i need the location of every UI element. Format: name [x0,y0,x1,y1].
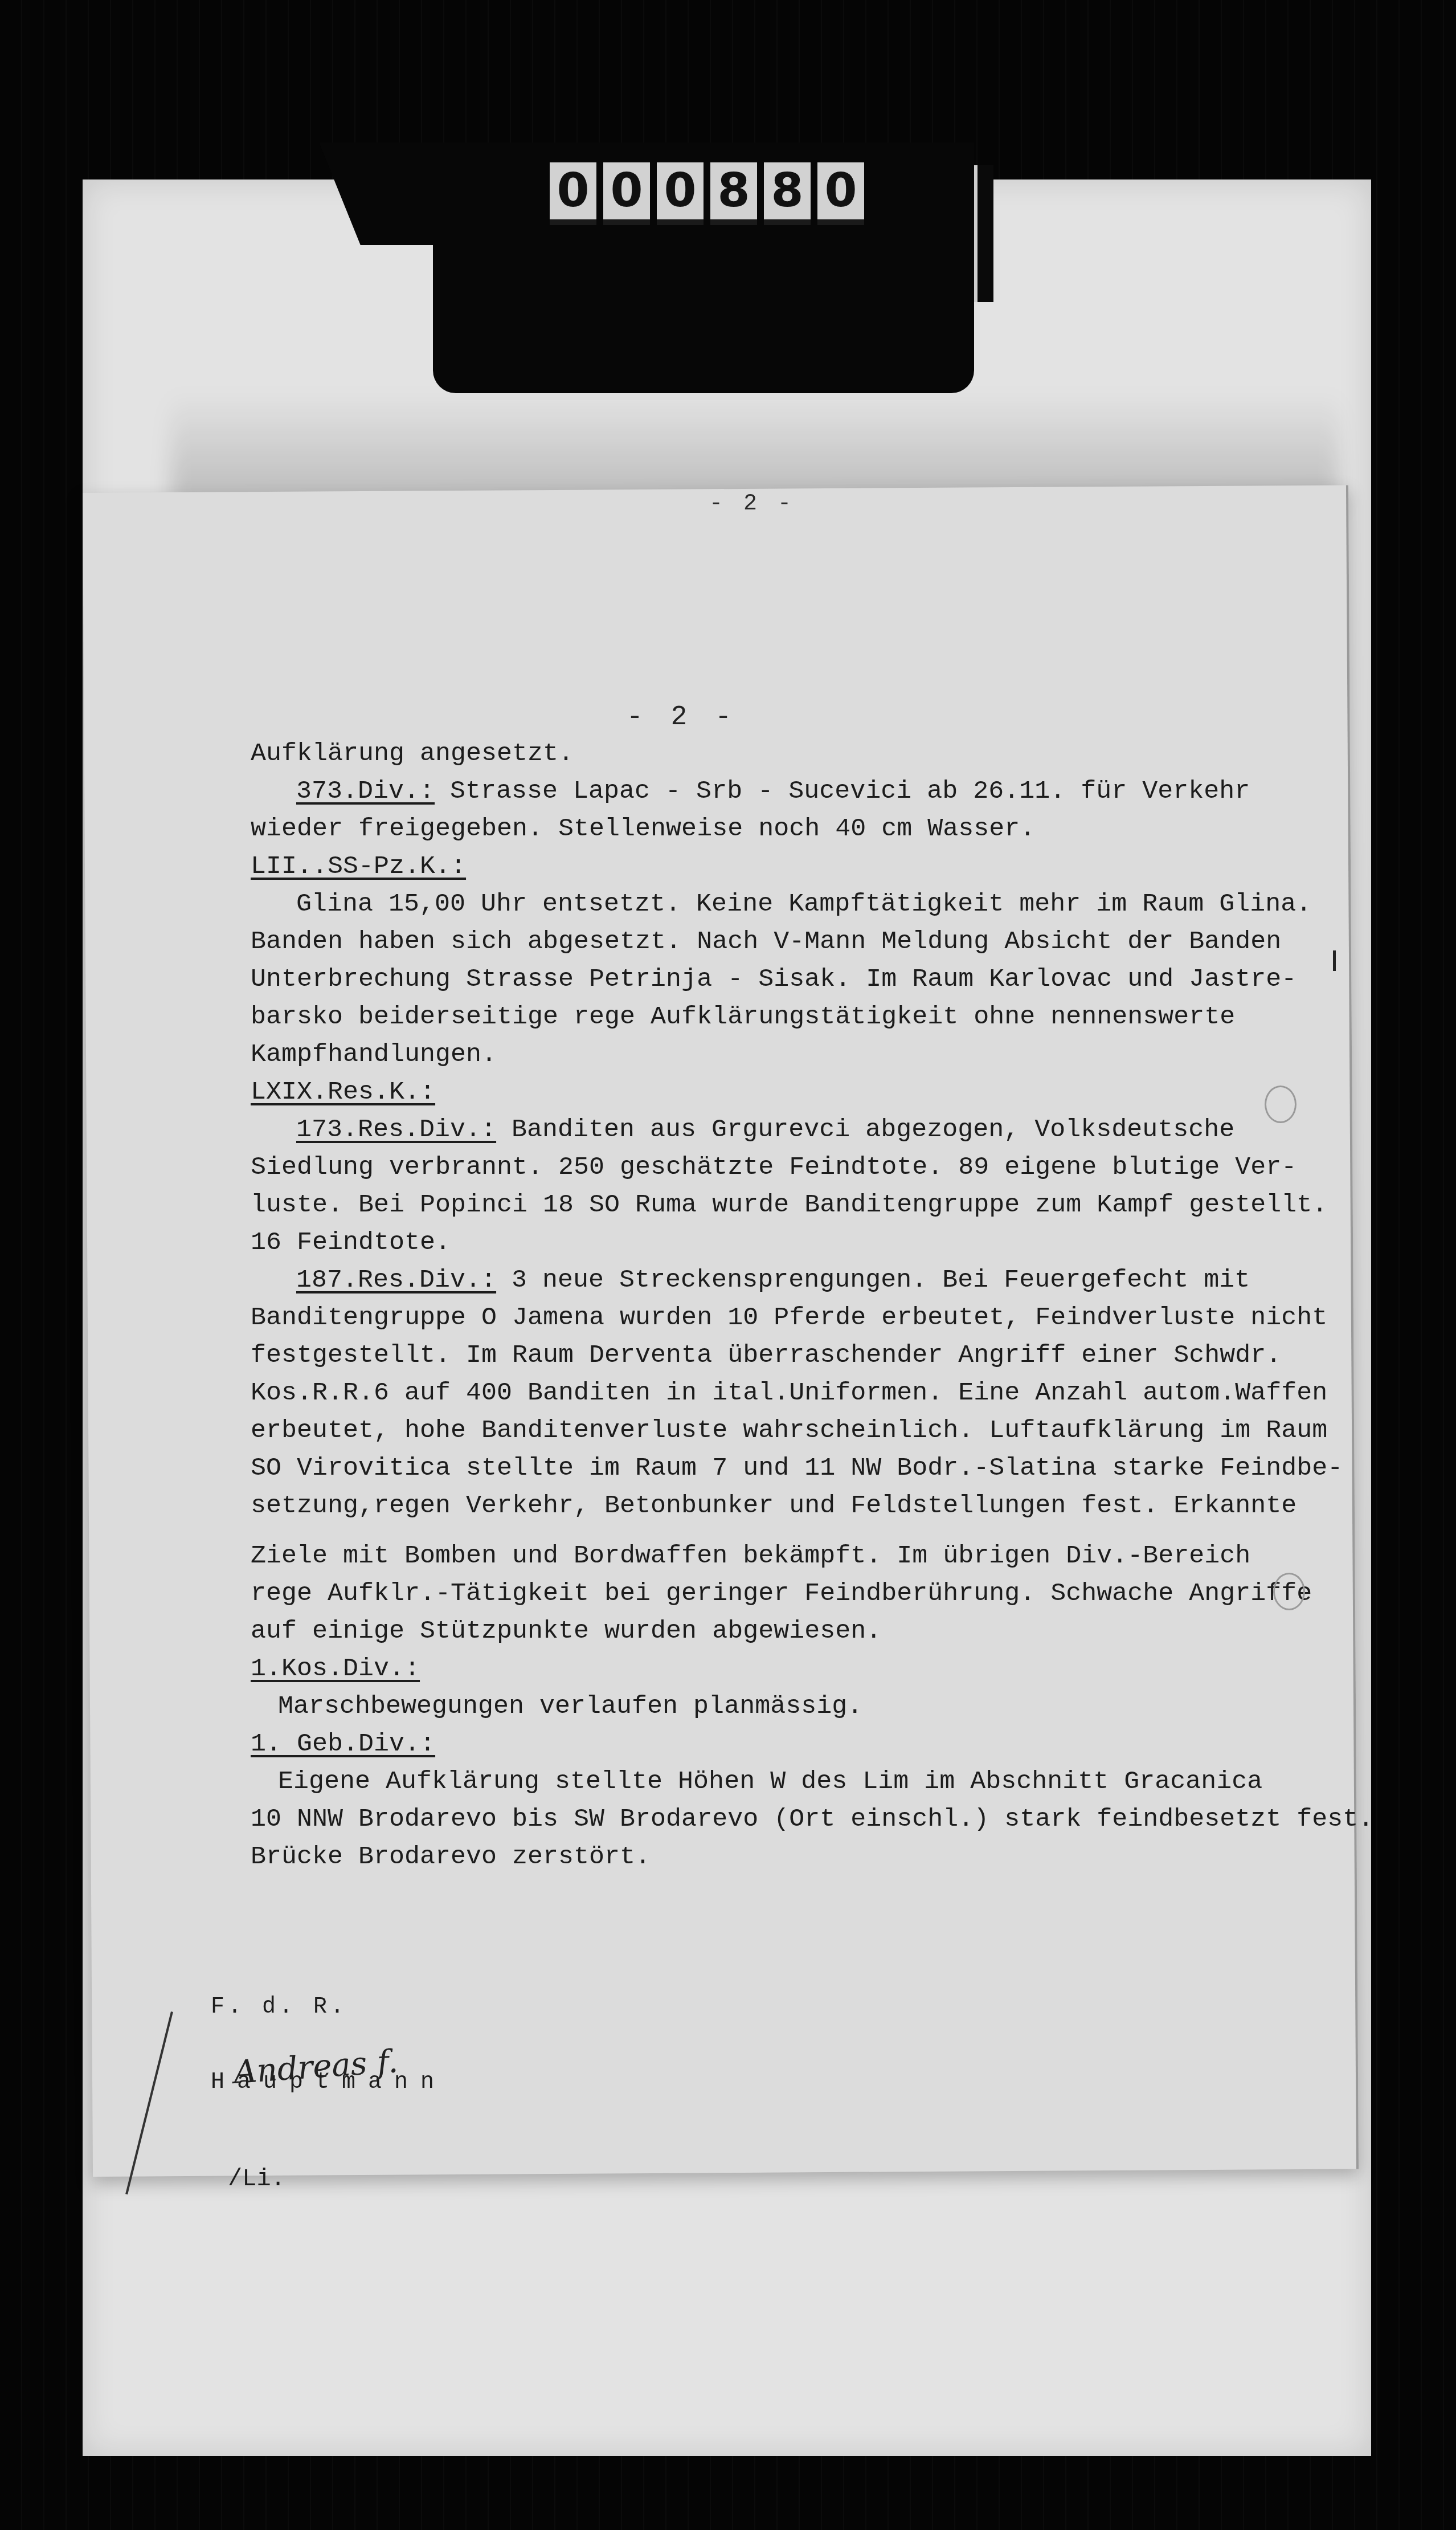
text-line: Aufklärung angesetzt. [251,735,1356,773]
document-body: Aufklärung angesetzt.373.Div.: Strasse L… [251,735,1356,1876]
text-line: rege Aufklr.-Tätigkeit bei geringer Fein… [251,1575,1356,1613]
line-text: rege Aufklr.-Tätigkeit bei geringer Fein… [251,1579,1312,1608]
reference-initials: /Li. [228,2165,285,2193]
text-line: luste. Bei Popinci 18 SO Ruma wurde Band… [251,1186,1356,1224]
line-text: Kampfhandlungen. [251,1040,497,1069]
section-line: 187.Res.Div.: 3 neue Streckensprengungen… [251,1262,1356,1299]
line-text: erbeutet, hohe Banditenverluste wahrsche… [251,1416,1327,1445]
section-line: LII..SS-Pz.K.: [251,848,1356,885]
text-line: setzung,regen Verkehr, Betonbunker und F… [251,1487,1356,1525]
punch-hole [1265,1086,1297,1123]
section-line: 173.Res.Div.: Banditen aus Grgurevci abg… [251,1111,1356,1149]
section-line: 1. Geb.Div.: [251,1725,1356,1763]
line-text: wieder freigegeben. Stellenweise noch 40… [251,814,1035,843]
line-text: Banden haben sich abgesetzt. Nach V-Mann… [251,927,1281,956]
unit-heading: LII..SS-Pz.K.: [251,852,466,881]
line-text: Marschbewegungen verlaufen planmässig. [278,1692,862,1721]
line-text: Kos.R.R.6 auf 400 Banditen in ital.Unifo… [251,1378,1327,1407]
line-text: Unterbrechung Strasse Petrinja - Sisak. … [251,965,1297,994]
text-line: auf einige Stützpunkte wurden abgewiesen… [251,1613,1356,1650]
line-text: setzung,regen Verkehr, Betonbunker und F… [251,1491,1297,1520]
text-line: Siedlung verbrannt. 250 geschätzte Feind… [251,1149,1356,1186]
unit-heading: 187.Res.Div.: [296,1266,496,1295]
text-line: Kos.R.R.6 auf 400 Banditen in ital.Unifo… [251,1374,1356,1412]
line-text: Glina 15,00 Uhr entsetzt. Keine Kampftät… [296,889,1311,919]
text-line: Kampfhandlungen. [251,1036,1356,1074]
back-sheet-page-number: - 2 - [709,491,795,517]
text-line: Ziele mit Bomben und Bordwaffen bekämpft… [251,1537,1356,1575]
counter-digit: 0 [550,162,596,225]
counter-digit: 0 [657,162,704,225]
unit-heading: 1.Kos.Div.: [251,1654,420,1683]
page-number: - 2 - [627,702,737,733]
text-line: 10 NNW Brodarevo bis SW Brodarevo (Ort e… [251,1801,1356,1838]
unit-heading: LXIX.Res.K.: [251,1078,435,1107]
text-line: festgestellt. Im Raum Derventa überrasch… [251,1337,1356,1374]
line-text: 16 Feindtote. [251,1228,451,1257]
line-text: luste. Bei Popinci 18 SO Ruma wurde Band… [251,1190,1327,1219]
text-line: SO Virovitica stellte im Raum 7 und 11 N… [251,1450,1356,1487]
line-text: Banditengruppe O Jamena wurden 10 Pferde… [251,1303,1327,1332]
line-text: festgestellt. Im Raum Derventa überrasch… [251,1341,1281,1370]
margin-mark [1333,950,1336,971]
section-line: 1.Kos.Div.: [251,1650,1356,1688]
line-text: barsko beiderseitige rege Aufklärungstät… [251,1002,1235,1031]
counter-digit: 0 [603,162,650,225]
line-text: 10 NNW Brodarevo bis SW Brodarevo (Ort e… [251,1805,1373,1834]
frame-counter: 0 0 0 8 8 0 [550,162,864,225]
text-line: Eigene Aufklärung stellte Höhen W des Li… [251,1763,1356,1801]
line-text: Ziele mit Bomben und Bordwaffen bekämpft… [251,1541,1250,1570]
section-line: LXIX.Res.K.: [251,1074,1356,1111]
line-text: Banditen aus Grgurevci abgezogen, Volksd… [496,1115,1234,1144]
counter-digit: 8 [710,162,757,225]
line-text: Brücke Brodarevo zerstört. [251,1842,651,1871]
text-line: Banditengruppe O Jamena wurden 10 Pferde… [251,1299,1356,1337]
text-line: wieder freigegeben. Stellenweise noch 40… [251,810,1356,848]
text-line: Unterbrechung Strasse Petrinja - Sisak. … [251,961,1356,998]
line-text: Siedlung verbrannt. 250 geschätzte Feind… [251,1153,1297,1182]
for-correctness-line: F. d. R. [211,1994,447,2032]
line-text: 3 neue Streckensprengungen. Bei Feuergef… [496,1266,1250,1295]
section-line: 373.Div.: Strasse Lapac - Srb - Sucevici… [251,773,1356,810]
counter-bar [974,165,993,302]
unit-heading: 1. Geb.Div.: [251,1729,435,1758]
counter-digit: 0 [817,162,864,225]
text-line: Banden haben sich abgesetzt. Nach V-Mann… [251,923,1356,961]
punch-hole [1273,1573,1305,1610]
text-line: Marschbewegungen verlaufen planmässig. [251,1688,1356,1725]
line-text: Strasse Lapac - Srb - Sucevici ab 26.11.… [435,777,1250,806]
text-line: barsko beiderseitige rege Aufklärungstät… [251,998,1356,1036]
text-line: Brücke Brodarevo zerstört. [251,1838,1356,1876]
text-line: 16 Feindtote. [251,1224,1356,1262]
counter-digit: 8 [764,162,811,225]
text-line: Glina 15,00 Uhr entsetzt. Keine Kampftät… [251,885,1356,923]
line-text: Eigene Aufklärung stellte Höhen W des Li… [278,1767,1262,1796]
text-line: erbeutet, hohe Banditenverluste wahrsche… [251,1412,1356,1450]
line-text: auf einige Stützpunkte wurden abgewiesen… [251,1617,881,1646]
unit-heading: 173.Res.Div.: [296,1115,496,1144]
line-text: SO Virovitica stellte im Raum 7 und 11 N… [251,1454,1343,1483]
unit-heading: 373.Div.: [296,777,435,806]
line-text: Aufklärung angesetzt. [251,739,574,768]
